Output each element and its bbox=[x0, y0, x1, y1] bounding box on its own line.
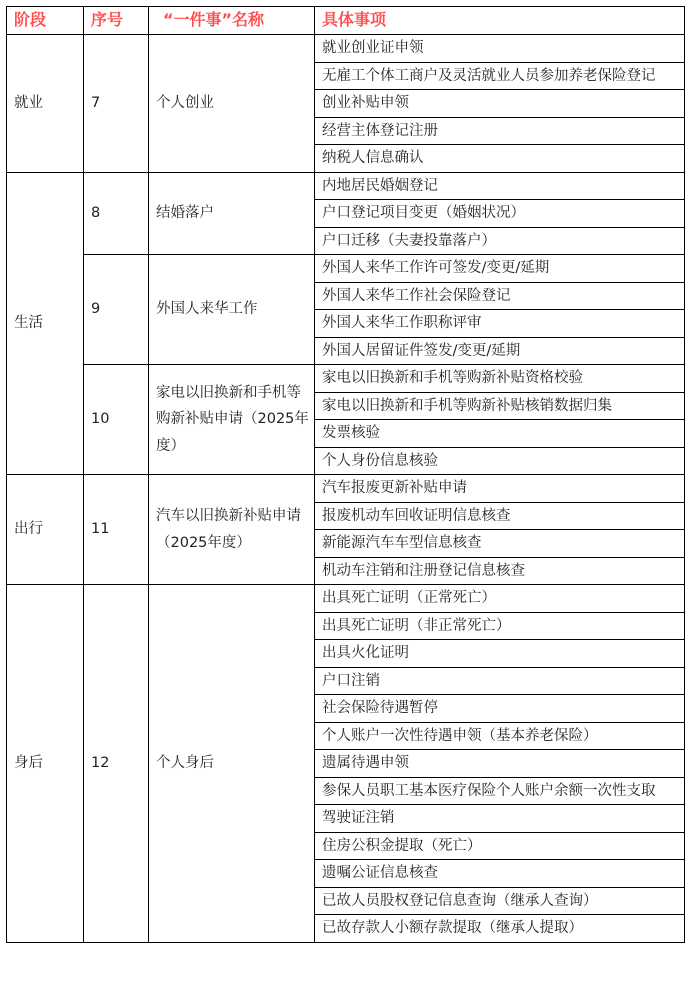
header-stage: 阶段 bbox=[7, 7, 84, 35]
event-name-cell: 家电以旧换新和手机等购新补贴申请（2025年度） bbox=[149, 365, 315, 475]
number-cell: 9 bbox=[84, 255, 149, 365]
item-cell: 户口登记项目变更（婚姻状况） bbox=[315, 200, 685, 228]
table-row: 10 家电以旧换新和手机等购新补贴申请（2025年度） 家电以旧换新和手机等购新… bbox=[7, 365, 685, 393]
table-row: 就业 7 个人创业 就业创业证申领 bbox=[7, 35, 685, 63]
matters-table: 阶段 序号 “一件事”名称 具体事项 就业 7 个人创业 就业创业证申领 无雇工… bbox=[6, 6, 685, 943]
stage-cell: 就业 bbox=[7, 35, 84, 173]
item-cell: 家电以旧换新和手机等购新补贴资格校验 bbox=[315, 365, 685, 393]
item-cell: 外国人居留证件签发/变更/延期 bbox=[315, 337, 685, 365]
table-row: 出行 11 汽车以旧换新补贴申请（2025年度） 汽车报废更新补贴申请 bbox=[7, 475, 685, 503]
item-cell: 户口注销 bbox=[315, 667, 685, 695]
item-cell: 报废机动车回收证明信息核查 bbox=[315, 502, 685, 530]
item-cell: 外国人来华工作社会保险登记 bbox=[315, 282, 685, 310]
item-cell: 出具死亡证明（非正常死亡） bbox=[315, 612, 685, 640]
item-cell: 参保人员职工基本医疗保险个人账户余额一次性支取 bbox=[315, 777, 685, 805]
item-cell: 外国人来华工作许可签发/变更/延期 bbox=[315, 255, 685, 283]
item-cell: 内地居民婚姻登记 bbox=[315, 172, 685, 200]
item-cell: 户口迁移（夫妻投靠落户） bbox=[315, 227, 685, 255]
item-cell: 汽车报废更新补贴申请 bbox=[315, 475, 685, 503]
item-cell: 出具火化证明 bbox=[315, 640, 685, 668]
item-cell: 个人身份信息核验 bbox=[315, 447, 685, 475]
number-cell: 8 bbox=[84, 172, 149, 255]
item-cell: 经营主体登记注册 bbox=[315, 117, 685, 145]
header-specific-items: 具体事项 bbox=[315, 7, 685, 35]
number-cell: 11 bbox=[84, 475, 149, 585]
item-cell: 遗嘱公证信息核查 bbox=[315, 860, 685, 888]
stage-cell: 出行 bbox=[7, 475, 84, 585]
header-number: 序号 bbox=[84, 7, 149, 35]
table-row: 生活 8 结婚落户 内地居民婚姻登记 bbox=[7, 172, 685, 200]
number-cell: 12 bbox=[84, 585, 149, 943]
event-name-cell: 结婚落户 bbox=[149, 172, 315, 255]
number-cell: 7 bbox=[84, 35, 149, 173]
item-cell: 新能源汽车车型信息核查 bbox=[315, 530, 685, 558]
item-cell: 社会保险待遇暂停 bbox=[315, 695, 685, 723]
item-cell: 发票核验 bbox=[315, 420, 685, 448]
item-cell: 纳税人信息确认 bbox=[315, 145, 685, 173]
number-cell: 10 bbox=[84, 365, 149, 475]
table-row: 身后 12 个人身后 出具死亡证明（正常死亡） bbox=[7, 585, 685, 613]
item-cell: 已故存款人小额存款提取（继承人提取） bbox=[315, 915, 685, 943]
header-row: 阶段 序号 “一件事”名称 具体事项 bbox=[7, 7, 685, 35]
item-cell: 外国人来华工作职称评审 bbox=[315, 310, 685, 338]
item-cell: 出具死亡证明（正常死亡） bbox=[315, 585, 685, 613]
stage-cell: 身后 bbox=[7, 585, 84, 943]
item-cell: 已故人员股权登记信息查询（继承人查询） bbox=[315, 887, 685, 915]
item-cell: 无雇工个体工商户及灵活就业人员参加养老保险登记 bbox=[315, 62, 685, 90]
item-cell: 住房公积金提取（死亡） bbox=[315, 832, 685, 860]
item-cell: 家电以旧换新和手机等购新补贴核销数据归集 bbox=[315, 392, 685, 420]
item-cell: 就业创业证申领 bbox=[315, 35, 685, 63]
event-name-cell: 个人创业 bbox=[149, 35, 315, 173]
event-name-cell: 外国人来华工作 bbox=[149, 255, 315, 365]
table-row: 9 外国人来华工作 外国人来华工作许可签发/变更/延期 bbox=[7, 255, 685, 283]
event-name-cell: 个人身后 bbox=[149, 585, 315, 943]
stage-cell: 生活 bbox=[7, 172, 84, 475]
item-cell: 机动车注销和注册登记信息核查 bbox=[315, 557, 685, 585]
item-cell: 个人账户一次性待遇申领（基本养老保险） bbox=[315, 722, 685, 750]
item-cell: 创业补贴申领 bbox=[315, 90, 685, 118]
item-cell: 遗属待遇申领 bbox=[315, 750, 685, 778]
event-name-cell: 汽车以旧换新补贴申请（2025年度） bbox=[149, 475, 315, 585]
header-event-name: “一件事”名称 bbox=[149, 7, 315, 35]
item-cell: 驾驶证注销 bbox=[315, 805, 685, 833]
